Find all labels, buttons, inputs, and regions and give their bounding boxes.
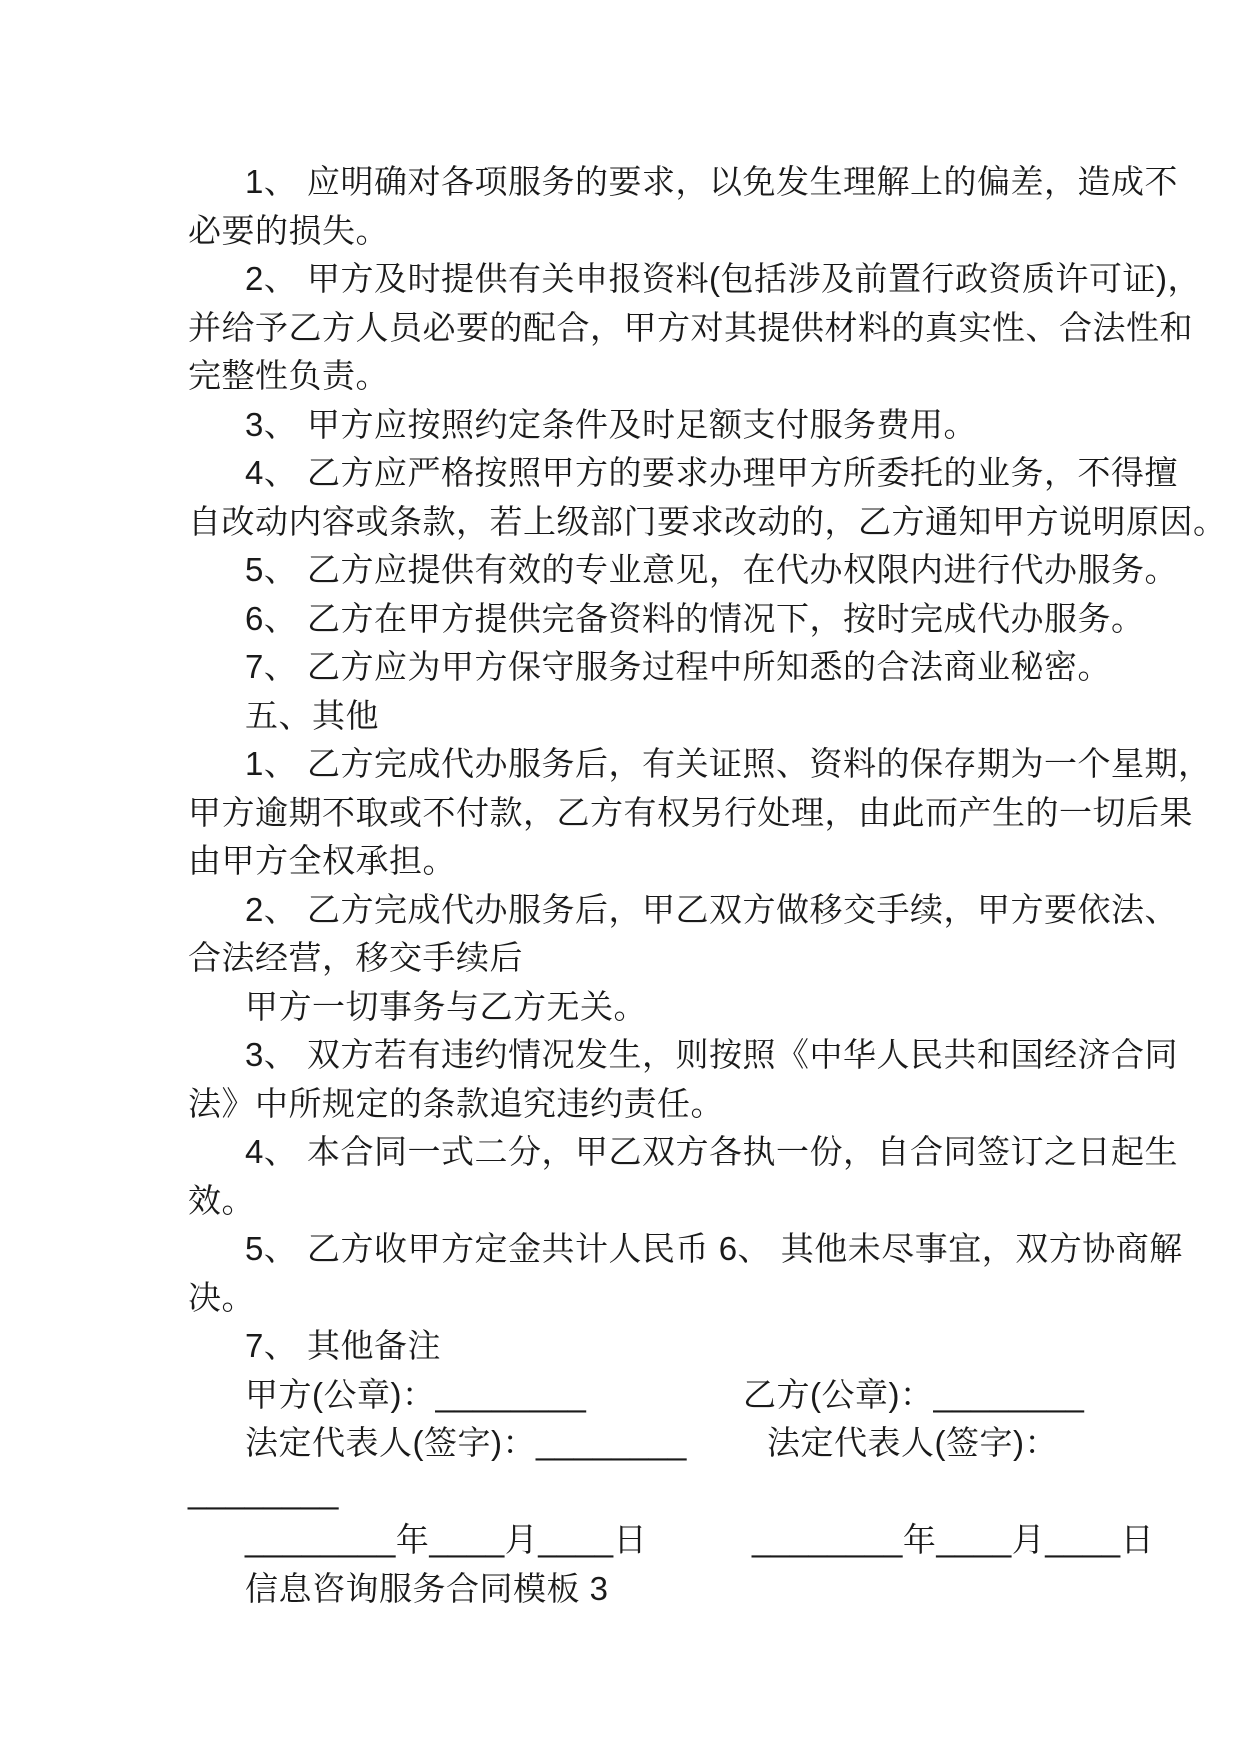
contract-line: 决。 xyxy=(188,1274,1083,1323)
date-row: ________年____月____日 ________年____月____日 xyxy=(188,1516,1083,1565)
party-a-date-field: ________年____月____日 xyxy=(188,1516,647,1565)
contract-line: 甲方一切事务与乙方无关。 xyxy=(188,983,1083,1032)
contract-line: 5、 乙方收甲方定金共计人民币 6、 其他未尽事宜，双方协商解 xyxy=(188,1225,1083,1274)
contract-line: 完整性负责。 xyxy=(188,352,1083,401)
contract-line: 合法经营，移交手续后 xyxy=(188,934,1083,983)
contract-body: 1、 应明确对各项服务的要求，以免发生理解上的偏差，造成不 必要的损失。 2、 … xyxy=(188,158,1083,1613)
party-b-date-field: ________年____月____日 xyxy=(752,1516,1154,1565)
document-page: 1、 应明确对各项服务的要求，以免发生理解上的偏差，造成不 必要的损失。 2、 … xyxy=(0,0,1240,1753)
party-b-seal-field: 乙方(公章)：________ xyxy=(743,1371,1084,1420)
signature-row: 法定代表人(签字)：________ 法定代表人(签字)： xyxy=(188,1419,1083,1468)
template-footer-label: 信息咨询服务合同模板 3 xyxy=(188,1565,1083,1614)
contract-line: 2、 甲方及时提供有关申报资料(包括涉及前置行政资质许可证)， xyxy=(188,255,1083,304)
contract-line: 4、 本合同一式二分，甲乙双方各执一份，自合同签订之日起生 xyxy=(188,1128,1083,1177)
party-b-representative-signature-field: 法定代表人(签字)： xyxy=(767,1419,1058,1468)
contract-line: 1、 应明确对各项服务的要求，以免发生理解上的偏差，造成不 xyxy=(188,158,1083,207)
contract-line: 法》中所规定的条款追究违约责任。 xyxy=(188,1080,1083,1129)
contract-line: 7、 其他备注 xyxy=(188,1322,1083,1371)
contract-line: 并给予乙方人员必要的配合，甲方对其提供材料的真实性、合法性和 xyxy=(188,304,1083,353)
contract-line: 7、 乙方应为甲方保守服务过程中所知悉的合法商业秘密。 xyxy=(188,643,1083,692)
contract-line: 3、 双方若有违约情况发生，则按照《中华人民共和国经济合同 xyxy=(188,1031,1083,1080)
seal-row: 甲方(公章)：________ 乙方(公章)：________ xyxy=(188,1371,1083,1420)
section-heading: 五、其他 xyxy=(188,692,1083,741)
signature-blank-line: ________ xyxy=(188,1468,1083,1517)
contract-line: 由甲方全权承担。 xyxy=(188,837,1083,886)
party-a-representative-signature-field: 法定代表人(签字)：________ xyxy=(188,1419,687,1468)
contract-line: 甲方逾期不取或不付款，乙方有权另行处理，由此而产生的一切后果 xyxy=(188,789,1083,838)
contract-line: 效。 xyxy=(188,1177,1083,1226)
contract-line: 6、 乙方在甲方提供完备资料的情况下，按时完成代办服务。 xyxy=(188,595,1083,644)
contract-line: 3、 甲方应按照约定条件及时足额支付服务费用。 xyxy=(188,401,1083,450)
contract-line: 2、 乙方完成代办服务后，甲乙双方做移交手续，甲方要依法、 xyxy=(188,886,1083,935)
contract-line: 必要的损失。 xyxy=(188,207,1083,256)
party-a-seal-field: 甲方(公章)：________ xyxy=(188,1371,586,1420)
contract-line: 自改动内容或条款，若上级部门要求改动的，乙方通知甲方说明原因。 xyxy=(188,498,1083,547)
contract-line: 5、 乙方应提供有效的专业意见，在代办权限内进行代办服务。 xyxy=(188,546,1083,595)
contract-line: 4、 乙方应严格按照甲方的要求办理甲方所委托的业务，不得擅 xyxy=(188,449,1083,498)
contract-line: 1、 乙方完成代办服务后，有关证照、资料的保存期为一个星期， xyxy=(188,740,1083,789)
